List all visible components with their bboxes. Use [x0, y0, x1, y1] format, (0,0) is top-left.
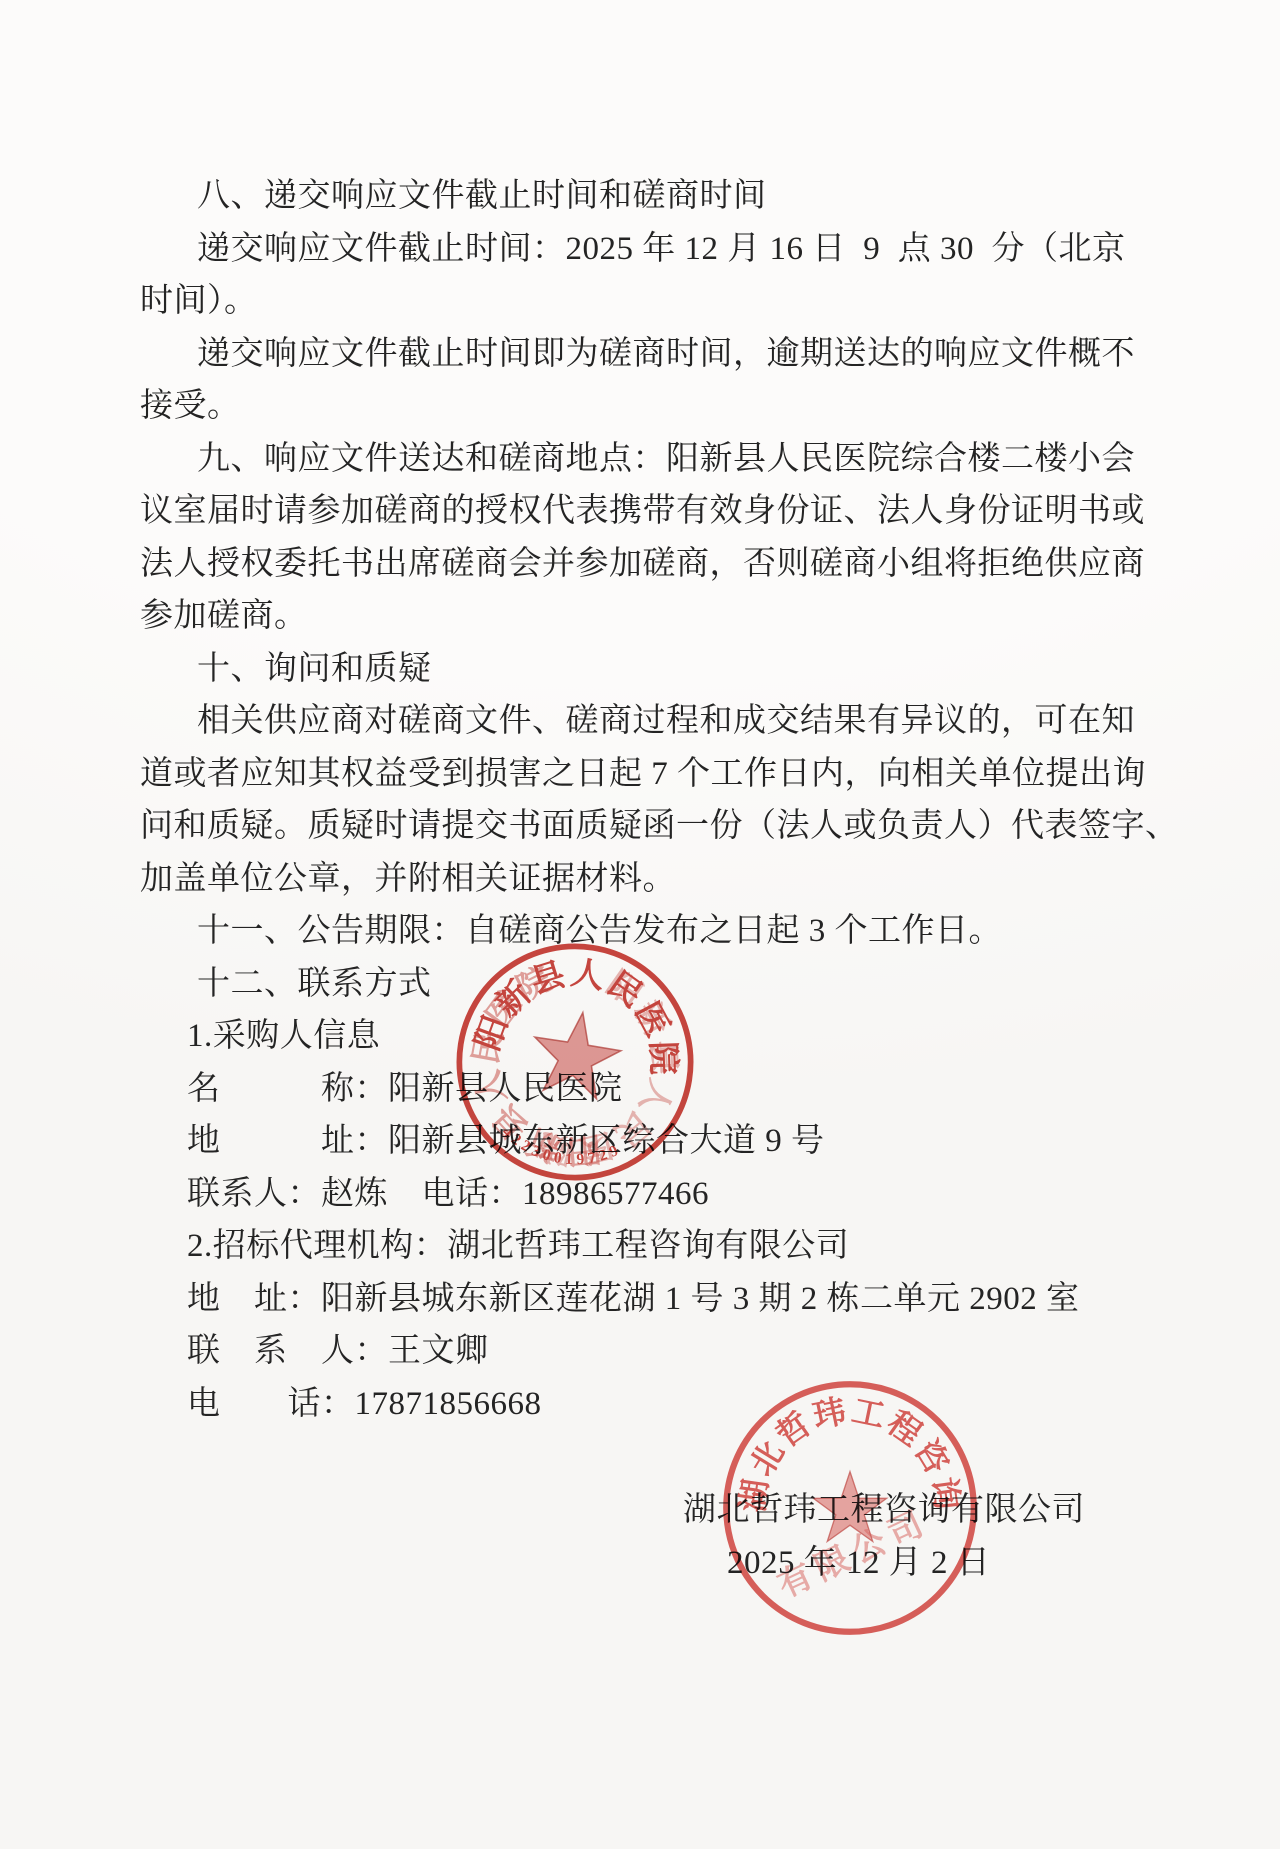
doc-line-section-9-heading: 九、响应文件送达和磋商地点：阳新县人民医院综合楼二楼小会	[140, 433, 1150, 486]
doc-line: 法人授权委托书出席磋商会并参加磋商，否则磋商小组将拒绝供应商	[140, 538, 1150, 591]
doc-line: 议室届时请参加磋商的授权代表携带有效身份证、法人身份证明书或	[140, 485, 1150, 538]
doc-line: 递交响应文件截止时间：2025 年 12 月 16 日 9 点 30 分（北京	[140, 223, 1150, 276]
doc-line: 时间）。	[140, 275, 1150, 328]
agency-seal: 湖北哲玮工程咨询 有限公司	[715, 1373, 985, 1643]
doc-line-section-8-heading: 八、递交响应文件截止时间和磋商时间	[140, 170, 1150, 223]
signature-company: 湖北哲玮工程咨询有限公司	[140, 1484, 1150, 1537]
doc-line-agency-phone: 电 话：17871856668	[140, 1378, 1150, 1431]
doc-line: 加盖单位公章，并附相关证据材料。	[140, 853, 1150, 906]
hospital-seal: 阳新县人民医院 42230019729 阳新县人民医院 阳新县人民医院	[432, 919, 718, 1205]
doc-line-agency-address: 地 址：阳新县城东新区莲花湖 1 号 3 期 2 栋二单元 2902 室	[140, 1273, 1150, 1326]
document-page: 八、递交响应文件截止时间和磋商时间 递交响应文件截止时间：2025 年 12 月…	[0, 0, 1280, 1849]
doc-line: 相关供应商对磋商文件、磋商过程和成交结果有异议的，可在知	[140, 695, 1150, 748]
doc-line-agency-info: 2.招标代理机构：湖北哲玮工程咨询有限公司	[140, 1220, 1150, 1273]
doc-line: 问和质疑。质疑时请提交书面质疑函一份（法人或负责人）代表签字、	[140, 800, 1150, 853]
document-body: 八、递交响应文件截止时间和磋商时间 递交响应文件截止时间：2025 年 12 月…	[140, 170, 1150, 1589]
doc-line: 接受。	[140, 380, 1150, 433]
doc-line-section-10-heading: 十、询问和质疑	[140, 643, 1150, 696]
doc-line: 递交响应文件截止时间即为磋商时间，逾期送达的响应文件概不	[140, 328, 1150, 381]
doc-line-agency-contact: 联 系 人：王文卿	[140, 1325, 1150, 1378]
doc-line: 参加磋商。	[140, 590, 1150, 643]
doc-line: 道或者应知其权益受到损害之日起 7 个工作日内，向相关单位提出询	[140, 748, 1150, 801]
signature-date: 2025 年 12 月 2 日	[140, 1537, 1150, 1590]
star-icon	[527, 1006, 626, 1102]
